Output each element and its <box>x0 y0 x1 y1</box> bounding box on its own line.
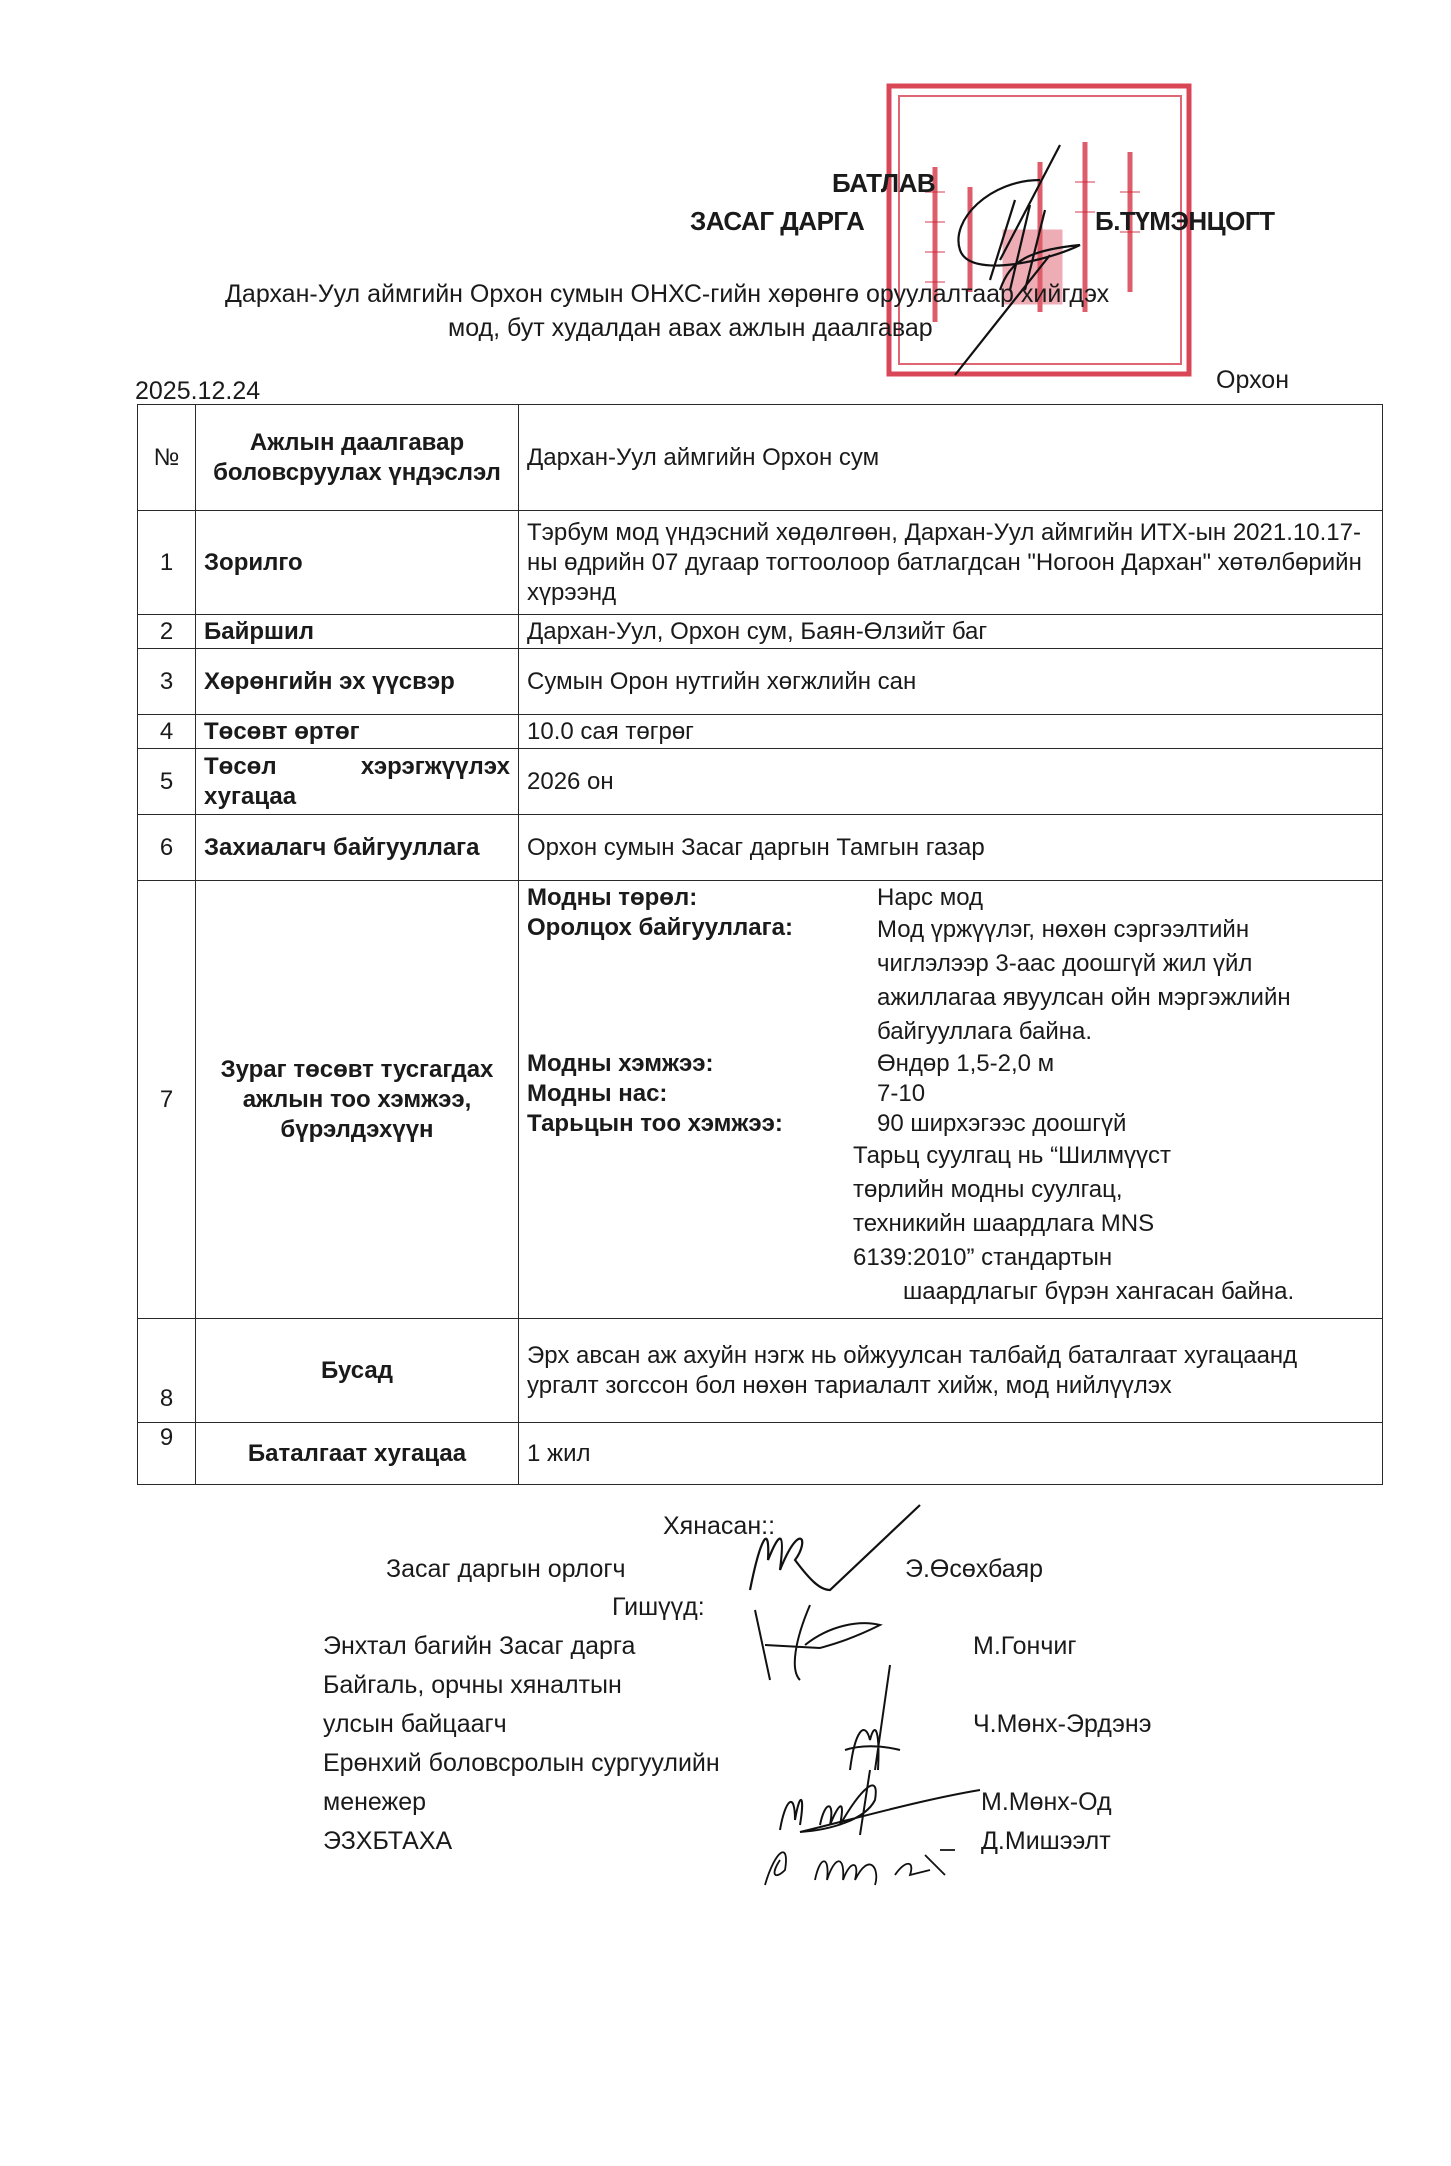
table-row: 7 Зураг төсөвт тусгагдах ажлын тоо хэмжэ… <box>138 881 1383 1319</box>
approver-name: Б.ТҮМЭНЦОГТ <box>1095 206 1275 237</box>
note-line: техникийн шаардлага MNS <box>853 1207 1374 1241</box>
spec-value: Өндөр 1,5-2,0 м <box>877 1049 1374 1079</box>
row-label: Төсөвт өртөг <box>196 715 519 749</box>
table-row: 6 Захиалагч байгууллага Орхон сумын Заса… <box>138 815 1383 881</box>
tree-specs-cell: Модны төрөл: Нарс мод Оролцох байгууллаг… <box>519 881 1383 1319</box>
row-label: Зураг төсөвт тусгагдах ажлын тоо хэмжээ,… <box>196 881 519 1319</box>
row-label: Байршил <box>196 615 519 649</box>
member-signature <box>755 1830 965 1895</box>
row-value: Орхон сумын Засаг даргын Тамгын газар <box>519 815 1383 881</box>
spec-key: Модны хэмжээ: <box>527 1049 877 1079</box>
member-name: М.Гончиг <box>973 1632 1076 1661</box>
row-num: 8 <box>138 1319 196 1423</box>
approver-signature <box>930 140 1120 380</box>
table-row: 8 Бусад Эрх авсан аж ахуйн нэгж нь ойжуу… <box>138 1319 1383 1423</box>
note-line: төрлийн модны суулгац, <box>853 1173 1374 1207</box>
table-row: 9 Баталгаат хугацаа 1 жил <box>138 1423 1383 1485</box>
row-label: Баталгаат хугацаа <box>196 1423 519 1485</box>
row-value: Сумын Орон нутгийн хөгжлийн сан <box>519 649 1383 715</box>
row-label: Бусад <box>196 1319 519 1423</box>
row-num: 2 <box>138 615 196 649</box>
spec-value: Нарс мод <box>877 883 1374 913</box>
member-role: Ерөнхий боловсролын сургуулийн <box>323 1749 720 1778</box>
row-value: Эрх авсан аж ахуйн нэгж нь ойжуулсан тал… <box>519 1319 1383 1423</box>
task-table: № Ажлын даалгавар боловсруулах үндэслэл … <box>137 404 1383 1485</box>
member-role: менежер <box>323 1788 426 1817</box>
member-role: улсын байцаагч <box>323 1710 507 1739</box>
row-label: Хөрөнгийн эх үүсвэр <box>196 649 519 715</box>
row-label: Төсөл хэрэгжүүлэх хугацаа <box>196 749 519 815</box>
document-date: 2025.12.24 <box>135 377 260 406</box>
members-heading: Гишүүд: <box>612 1593 705 1622</box>
table-header-row: № Ажлын даалгавар боловсруулах үндэслэл … <box>138 405 1383 511</box>
row-value: 10.0 сая төгрөг <box>519 715 1383 749</box>
member-name: Д.Мишээлт <box>981 1827 1111 1856</box>
spec-value: Мод үржүүлэг, нөхөн сэргээлтийн чиглэлээ… <box>877 913 1374 1049</box>
row-num: 7 <box>138 881 196 1319</box>
row-label: Зорилго <box>196 511 519 615</box>
row-value: 1 жил <box>519 1423 1383 1485</box>
table-row: 4 Төсөвт өртөг 10.0 сая төгрөг <box>138 715 1383 749</box>
member-name: М.Мөнх-Од <box>981 1788 1112 1817</box>
table-row: 1 Зорилго Тэрбум мод үндэсний хөдөлгөөн,… <box>138 511 1383 615</box>
note-line: 6139:2010” стандартын <box>853 1241 1374 1275</box>
spec-key: Модны төрөл: <box>527 883 877 913</box>
spec-value: 90 ширхэгээс доошгүй <box>877 1109 1374 1139</box>
document-title-line-1: Дархан-Уул аймгийн Орхон сумын ОНХС-гийн… <box>225 280 1109 309</box>
document-place: Орхон <box>1216 366 1289 395</box>
member-role: Энхтал багийн Засаг дарга <box>323 1632 635 1661</box>
document-title-line-2: мод, бут худалдан авах ажлын даалгавар <box>448 314 933 343</box>
spec-key: Тарьцын тоо хэмжээ: <box>527 1109 877 1139</box>
note-line: шаардлагыг бүрэн хангасан байна. <box>853 1275 1374 1309</box>
header-value: Дархан-Уул аймгийн Орхон сум <box>519 405 1383 511</box>
row-value: Тэрбум мод үндэсний хөдөлгөөн, Дархан-Уу… <box>519 511 1383 615</box>
row-num: 5 <box>138 749 196 815</box>
row-num: 1 <box>138 511 196 615</box>
seedling-standard-note: Тарьц суулгац нь “Шилмүүст төрлийн модны… <box>527 1139 1374 1309</box>
row-num: 4 <box>138 715 196 749</box>
header-label: Ажлын даалгавар боловсруулах үндэслэл <box>196 405 519 511</box>
row-value: Дархан-Уул, Орхон сум, Баян-Өлзийт баг <box>519 615 1383 649</box>
row-num: 3 <box>138 649 196 715</box>
row-num: 9 <box>138 1423 196 1485</box>
approval-heading: БАТЛАВ <box>832 168 935 199</box>
member-signature <box>770 1760 990 1840</box>
member-role: ЭЗХБТАХА <box>323 1827 452 1856</box>
deputy-role: Засаг даргын орлогч <box>386 1555 626 1584</box>
tree-specs: Модны төрөл: Нарс мод Оролцох байгууллаг… <box>527 883 1374 1139</box>
member-role: Байгаль, орчны хяналтын <box>323 1671 622 1700</box>
row-value: 2026 он <box>519 749 1383 815</box>
header-num: № <box>138 405 196 511</box>
spec-key: Оролцох байгууллага: <box>527 913 877 1049</box>
table-row: 5 Төсөл хэрэгжүүлэх хугацаа 2026 он <box>138 749 1383 815</box>
approver-position: ЗАСАГ ДАРГА <box>690 206 864 237</box>
spec-value: 7-10 <box>877 1079 1374 1109</box>
spec-key: Модны нас: <box>527 1079 877 1109</box>
table-row: 2 Байршил Дархан-Уул, Орхон сум, Баян-Өл… <box>138 615 1383 649</box>
member-name: Ч.Мөнх-Эрдэнэ <box>973 1710 1151 1739</box>
row-num: 6 <box>138 815 196 881</box>
note-line: Тарьц суулгац нь “Шилмүүст <box>853 1139 1374 1173</box>
row-label: Захиалагч байгууллага <box>196 815 519 881</box>
table-row: 3 Хөрөнгийн эх үүсвэр Сумын Орон нутгийн… <box>138 649 1383 715</box>
